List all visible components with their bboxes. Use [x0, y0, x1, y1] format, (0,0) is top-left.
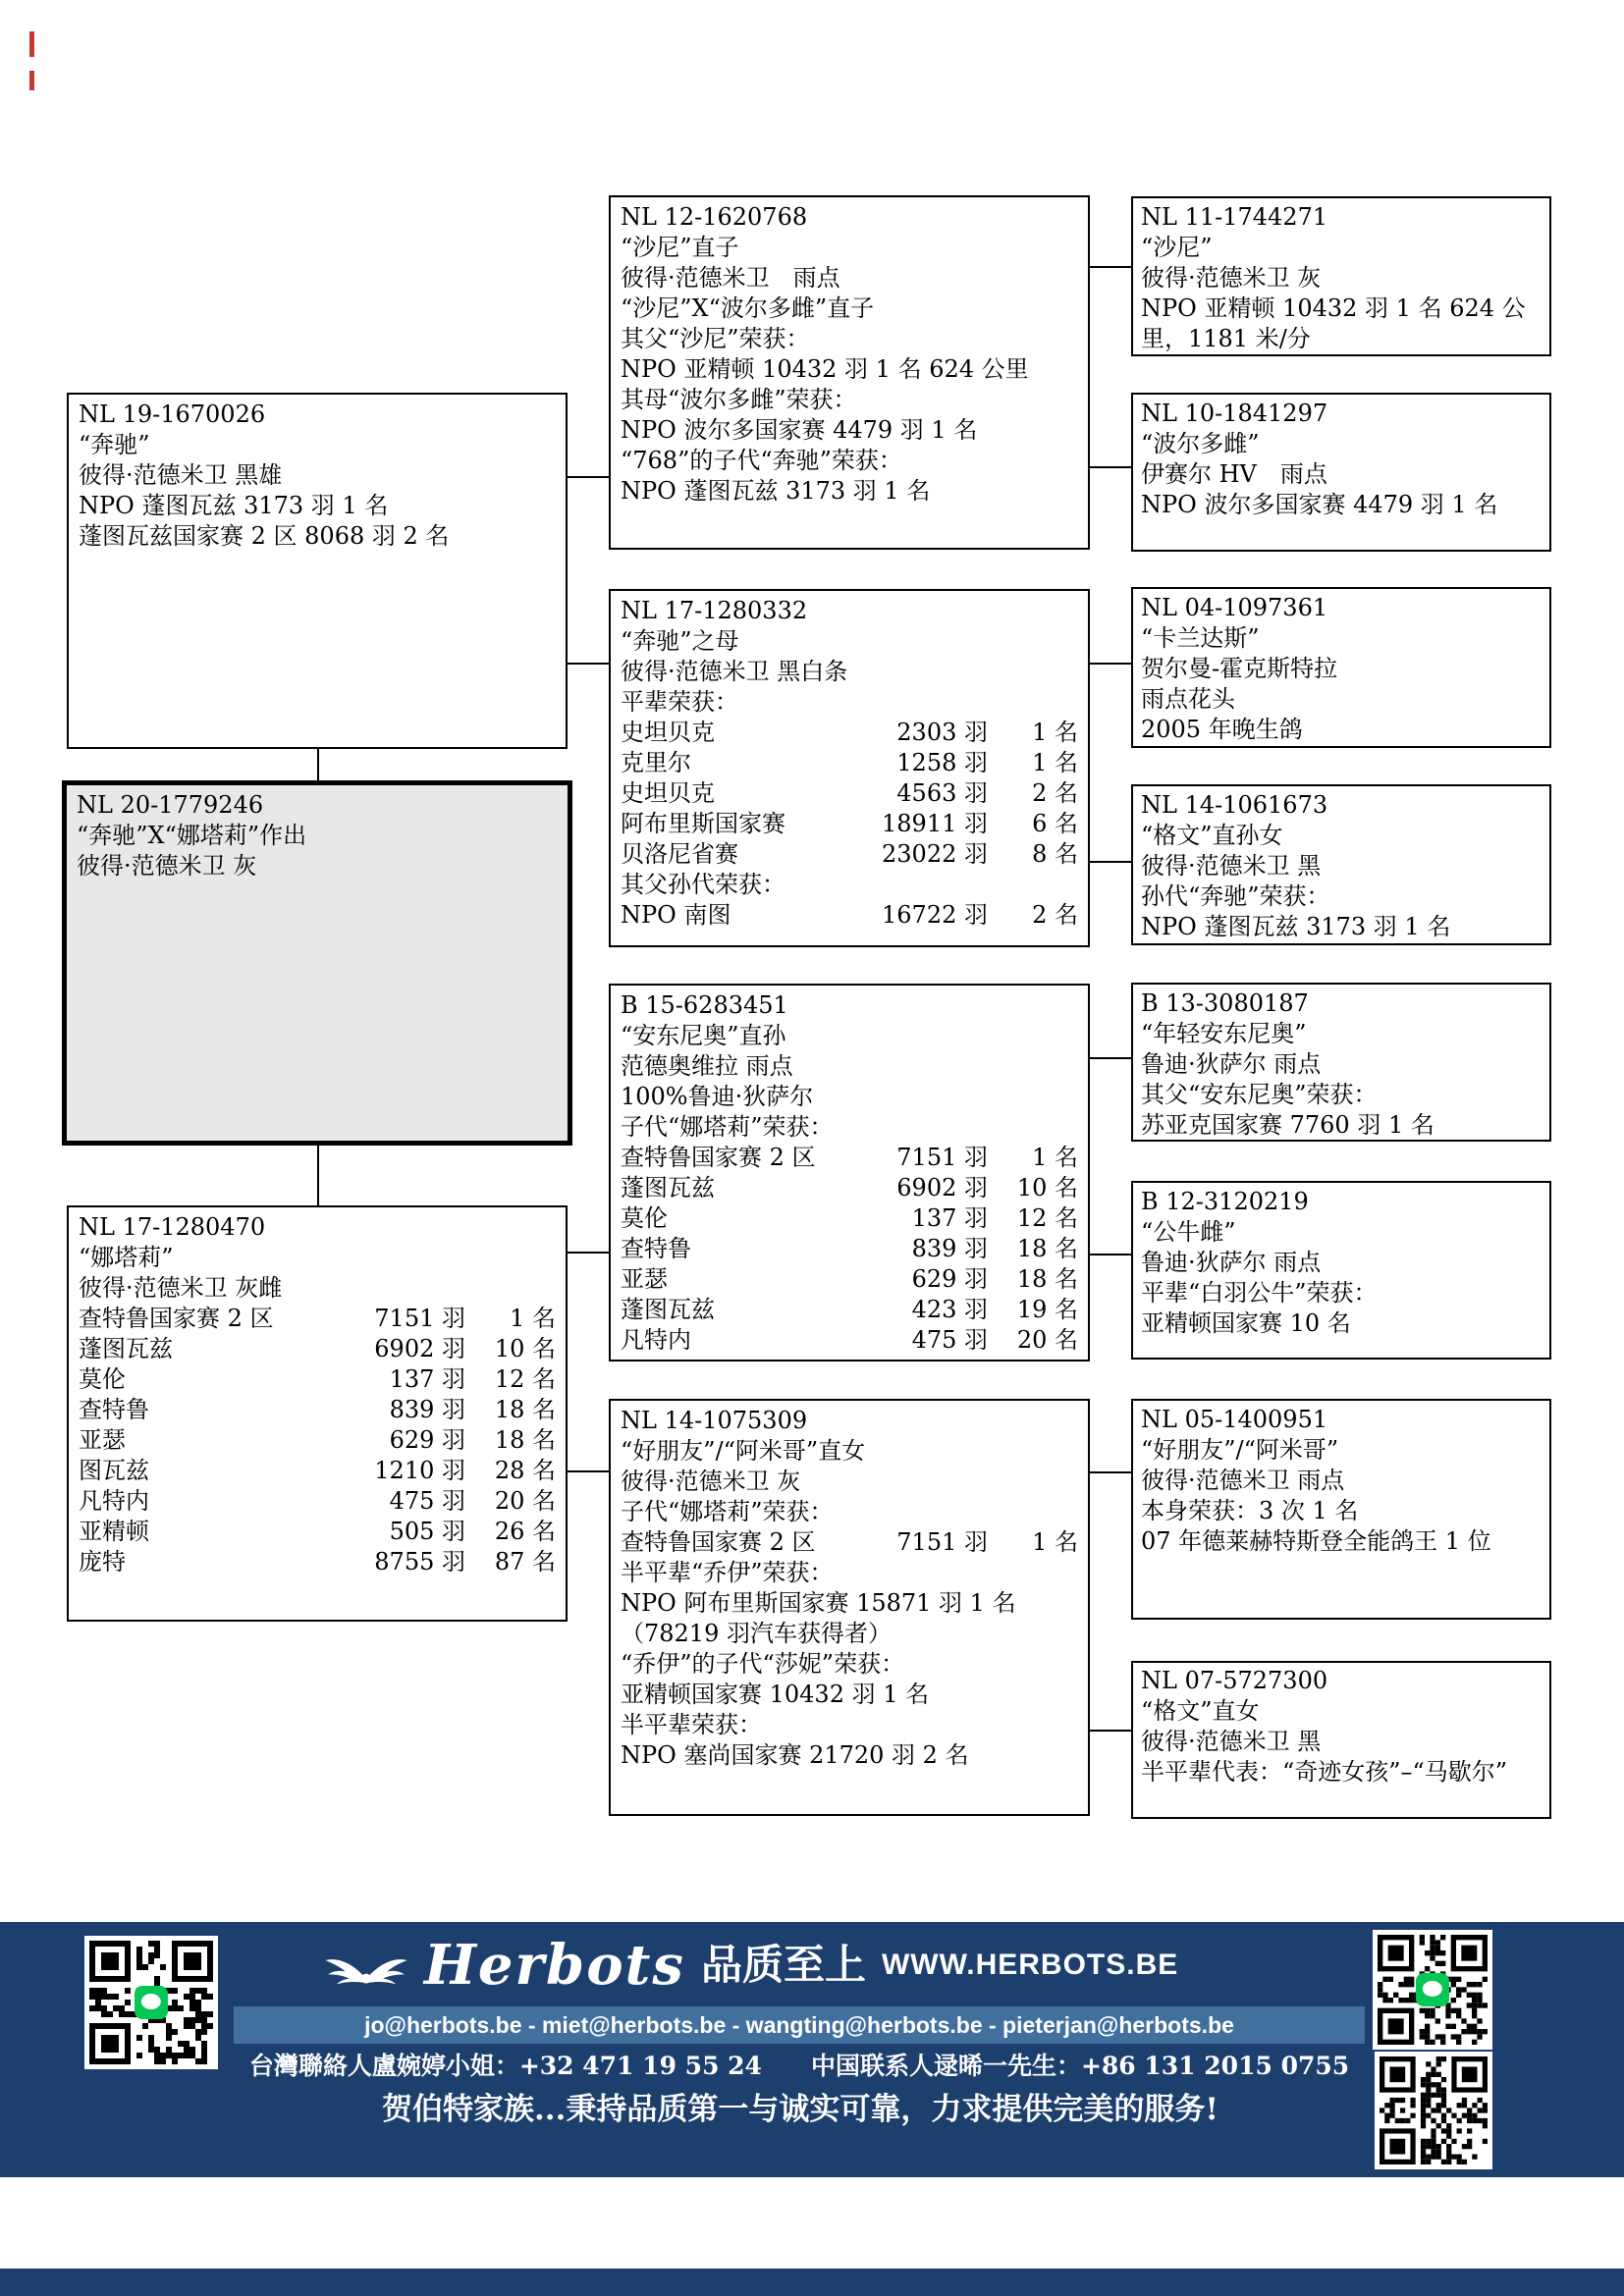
connector-line: [1090, 1471, 1131, 1473]
box-result-row: 蓬图瓦兹423 羽19 名: [621, 1295, 1078, 1325]
race-rank: 1 名: [988, 718, 1078, 748]
box-text-line: 彼得·范德米卫 灰雌: [79, 1273, 556, 1304]
box-result-row: 查特鲁839 羽18 名: [621, 1234, 1078, 1264]
box-text-line: 彼得·范德米卫 灰: [77, 851, 558, 881]
race-name: 蓬图瓦兹: [79, 1334, 310, 1364]
race-bird-count: 1258 羽: [833, 748, 988, 778]
qr-pattern: [1380, 2056, 1488, 2164]
race-bird-count: 18911 羽: [833, 809, 988, 839]
pedigree-box-great-grandparent-3: NL 04-1097361“卡兰达斯”贺尔曼-霍克斯特拉雨点花头2005 年晚生…: [1131, 587, 1551, 748]
box-text-line: NL 04-1097361: [1141, 593, 1542, 623]
race-bird-count: 4563 羽: [833, 778, 988, 809]
box-text-line: “公牛雌”: [1141, 1217, 1542, 1248]
box-text-line: NL 14-1075309: [621, 1406, 1078, 1436]
pedigree-box-great-grandparent-2: NL 10-1841297“波尔多雌”伊赛尔 HV 雨点NPO 波尔多国家赛 4…: [1131, 393, 1551, 552]
race-rank: 19 名: [988, 1295, 1078, 1325]
race-bird-count: 505 羽: [310, 1517, 465, 1547]
race-rank: 1 名: [988, 1527, 1078, 1558]
connector-line: [1090, 266, 1131, 268]
race-rank: 1 名: [988, 748, 1078, 778]
race-name: NPO 南图: [621, 900, 833, 931]
page-bottom-bar: [0, 2269, 1624, 2296]
race-name: 查特鲁: [621, 1234, 833, 1264]
race-rank: 18 名: [988, 1264, 1078, 1295]
box-text-line: 雨点花头: [1141, 684, 1542, 715]
connector-line: [1090, 1730, 1131, 1732]
box-text-line: 子代“娜塔莉”荣获：: [621, 1497, 1078, 1527]
connector-line: [568, 476, 609, 478]
connector-line: [1090, 1254, 1131, 1255]
box-text-line: “好朋友”/“阿米哥”直女: [621, 1436, 1078, 1467]
box-result-row: 阿布里斯国家赛18911 羽6 名: [621, 809, 1078, 839]
box-text-line: NPO 波尔多国家赛 4479 羽 1 名: [621, 415, 1078, 446]
box-text-line: 伊赛尔 HV 雨点: [1141, 459, 1542, 490]
race-bird-count: 475 羽: [833, 1325, 988, 1356]
box-text-line: 2005 年晚生鸽: [1141, 715, 1542, 745]
footer-website-url[interactable]: WWW.HERBOTS.BE: [882, 1949, 1178, 1982]
race-name: 莫伦: [79, 1364, 310, 1395]
race-bird-count: 629 羽: [310, 1425, 465, 1456]
box-result-row: 莫伦137 羽12 名: [621, 1203, 1078, 1234]
race-bird-count: 16722 羽: [833, 900, 988, 931]
box-text-line: NPO 塞尚国家赛 21720 羽 2 名: [621, 1740, 1078, 1771]
race-rank: 18 名: [465, 1395, 556, 1425]
box-text-line: 100%鲁迪·狄萨尔: [621, 1082, 1078, 1112]
race-rank: 20 名: [988, 1325, 1078, 1356]
wechat-icon: [1416, 1973, 1449, 2006]
box-text-line: NPO 亚精顿 10432 羽 1 名 624 公里，1181 米/分: [1141, 294, 1542, 354]
box-text-line: NL 11-1744271: [1141, 202, 1542, 233]
box-text-line: “波尔多雌”: [1141, 429, 1542, 459]
connector-line: [568, 1470, 609, 1472]
box-text-line: NPO 阿布里斯国家赛 15871 羽 1 名: [621, 1588, 1078, 1619]
race-bird-count: 137 羽: [833, 1203, 988, 1234]
box-text-line: “奔驰”: [79, 430, 556, 460]
race-bird-count: 7151 羽: [310, 1304, 465, 1334]
box-result-row: 查特鲁国家赛 2 区7151 羽1 名: [79, 1304, 556, 1334]
box-text-line: 半平辈荣获：: [621, 1710, 1078, 1740]
footer-slogan: 贺伯特家族...秉持品质第一与诚实可靠，力求提供完美的服务!: [221, 2089, 1380, 2130]
box-text-line: 平辈“白羽公牛”荣获：: [1141, 1278, 1542, 1308]
connector-line: [568, 1252, 609, 1254]
box-result-row: 莫伦137 羽12 名: [79, 1364, 556, 1395]
race-name: 凡特内: [621, 1325, 833, 1356]
race-rank: 10 名: [465, 1334, 556, 1364]
race-rank: 18 名: [465, 1425, 556, 1456]
box-result-row: 查特鲁国家赛 2 区7151 羽1 名: [621, 1143, 1078, 1173]
box-text-line: 本身荣获：3 次 1 名: [1141, 1496, 1542, 1526]
box-text-line: 半平辈“乔伊”荣获：: [621, 1558, 1078, 1588]
box-text-line: NPO 亚精顿 10432 羽 1 名 624 公里: [621, 354, 1078, 385]
race-bird-count: 839 羽: [833, 1234, 988, 1264]
box-text-line: NL 07-5727300: [1141, 1666, 1542, 1696]
box-text-line: 彼得·范德米卫 黑: [1141, 1727, 1542, 1757]
race-name: 查特鲁国家赛 2 区: [621, 1527, 833, 1558]
race-name: 亚瑟: [621, 1264, 833, 1295]
pedigree-box-granddam-paternal: NL 17-1280332“奔驰”之母彼得·范德米卫 黑白条平辈荣获：史坦贝克2…: [609, 589, 1090, 947]
pedigree-box-granddam-maternal: NL 14-1075309“好朋友”/“阿米哥”直女彼得·范德米卫 灰子代“娜塔…: [609, 1399, 1090, 1816]
box-text-line: “奔驰”X“娜塔莉”作出: [77, 821, 558, 851]
race-rank: 20 名: [465, 1486, 556, 1517]
print-registration-mark: [29, 31, 34, 57]
pedigree-box-grandsire-maternal: B 15-6283451“安东尼奥”直孙范德奥维拉 雨点100%鲁迪·狄萨尔子代…: [609, 984, 1090, 1362]
race-name: 查特鲁: [79, 1395, 310, 1425]
connector-line: [1090, 466, 1131, 468]
qr-code-right-bottom: [1375, 2052, 1492, 2169]
race-rank: 1 名: [465, 1304, 556, 1334]
box-text-line: 范德奥维拉 雨点: [621, 1051, 1078, 1082]
box-text-line: “娜塔莉”: [79, 1243, 556, 1273]
race-name: 亚精顿: [79, 1517, 310, 1547]
box-result-row: 史坦贝克2303 羽1 名: [621, 718, 1078, 748]
race-bird-count: 423 羽: [833, 1295, 988, 1325]
race-name: 莫伦: [621, 1203, 833, 1234]
box-result-row: 亚瑟629 羽18 名: [79, 1425, 556, 1456]
footer-email-addresses[interactable]: jo@herbots.be - miet@herbots.be - wangti…: [234, 2006, 1365, 2044]
box-result-row: NPO 南图16722 羽2 名: [621, 900, 1078, 931]
connector-line: [568, 663, 609, 665]
race-bird-count: 839 羽: [310, 1395, 465, 1425]
box-text-line: 07 年德莱赫特斯登全能鸽王 1 位: [1141, 1526, 1542, 1557]
race-name: 史坦贝克: [621, 718, 833, 748]
box-text-line: NPO 蓬图瓦兹 3173 羽 1 名: [79, 491, 556, 521]
box-result-row: 史坦贝克4563 羽2 名: [621, 778, 1078, 809]
box-text-line: 彼得·范德米卫 黑白条: [621, 657, 1078, 687]
race-rank: 12 名: [988, 1203, 1078, 1234]
race-name: 阿布里斯国家赛: [621, 809, 833, 839]
box-text-line: NL 19-1670026: [79, 400, 556, 430]
box-text-line: “好朋友”/“阿米哥”: [1141, 1435, 1542, 1466]
box-result-row: 亚精顿505 羽26 名: [79, 1517, 556, 1547]
race-bird-count: 7151 羽: [833, 1527, 988, 1558]
pedigree-box-great-grandparent-4: NL 14-1061673“格文”直孙女彼得·范德米卫 黑孙代“奔驰”荣获：NP…: [1131, 784, 1551, 945]
box-text-line: 其父“安东尼奥”荣获：: [1141, 1080, 1542, 1110]
box-text-line: B 15-6283451: [621, 990, 1078, 1021]
box-text-line: 其母“波尔多雌”荣获：: [621, 385, 1078, 415]
box-text-line: 半平辈代表：“奇迹女孩”–“马歇尔”: [1141, 1757, 1542, 1788]
box-text-line: “格文”直孙女: [1141, 821, 1542, 851]
race-bird-count: 629 羽: [833, 1264, 988, 1295]
box-text-line: NL 12-1620768: [621, 202, 1078, 233]
box-text-line: NL 17-1280470: [79, 1212, 556, 1243]
race-name: 亚瑟: [79, 1425, 310, 1456]
box-text-line: 彼得·范德米卫 黑: [1141, 851, 1542, 881]
box-text-line: 孙代“奔驰”荣获：: [1141, 881, 1542, 912]
connector-line: [1090, 663, 1131, 665]
box-result-row: 克里尔1258 羽1 名: [621, 748, 1078, 778]
race-name: 贝洛尼省赛: [621, 839, 833, 870]
box-text-line: B 12-3120219: [1141, 1187, 1542, 1217]
footer-contact-phones: 台灣聯絡人盧婉婷小姐：+32 471 19 55 24 中国联系人逯晞一先生：+…: [234, 2050, 1365, 2083]
box-text-line: 彼得·范德米卫 雨点: [1141, 1466, 1542, 1496]
race-bird-count: 23022 羽: [833, 839, 988, 870]
race-name: 图瓦兹: [79, 1456, 310, 1486]
box-result-row: 蓬图瓦兹6902 羽10 名: [621, 1173, 1078, 1203]
race-rank: 2 名: [988, 900, 1078, 931]
box-text-line: “年轻安东尼奥”: [1141, 1019, 1542, 1049]
box-text-line: “沙尼”X“波尔多雌”直子: [621, 294, 1078, 324]
box-text-line: “安东尼奥”直孙: [621, 1021, 1078, 1051]
pedigree-box-great-grandparent-7: NL 05-1400951“好朋友”/“阿米哥”彼得·范德米卫 雨点本身荣获：3…: [1131, 1399, 1551, 1620]
pedigree-page: NL 19-1670026“奔驰”彼得·范德米卫 黑雄NPO 蓬图瓦兹 3173…: [0, 0, 1624, 2296]
race-name: 史坦贝克: [621, 778, 833, 809]
box-text-line: 其父“沙尼”荣获：: [621, 324, 1078, 354]
pedigree-box-sire: NL 19-1670026“奔驰”彼得·范德米卫 黑雄NPO 蓬图瓦兹 3173…: [67, 393, 568, 749]
box-text-line: NL 14-1061673: [1141, 790, 1542, 821]
race-bird-count: 2303 羽: [833, 718, 988, 748]
box-text-line: 苏亚克国家赛 7760 羽 1 名: [1141, 1110, 1542, 1141]
connector-line: [317, 1146, 319, 1205]
box-text-line: “奔驰”之母: [621, 626, 1078, 657]
race-rank: 12 名: [465, 1364, 556, 1395]
race-name: 查特鲁国家赛 2 区: [621, 1143, 833, 1173]
box-result-row: 庞特8755 羽87 名: [79, 1547, 556, 1577]
box-text-line: “沙尼”直子: [621, 233, 1078, 263]
pedigree-box-great-grandparent-8: NL 07-5727300“格文”直女彼得·范德米卫 黑半平辈代表：“奇迹女孩”…: [1131, 1661, 1551, 1819]
box-text-line: 彼得·范德米卫 灰: [621, 1467, 1078, 1497]
qr-code-left: [84, 1936, 218, 2069]
race-rank: 10 名: [988, 1173, 1078, 1203]
box-result-row: 蓬图瓦兹6902 羽10 名: [79, 1334, 556, 1364]
connector-line: [1090, 861, 1131, 863]
box-text-line: 彼得·范德米卫 灰: [1141, 263, 1542, 294]
box-text-line: NPO 蓬图瓦兹 3173 羽 1 名: [621, 476, 1078, 507]
connector-line: [1090, 1057, 1131, 1059]
box-result-row: 亚瑟629 羽18 名: [621, 1264, 1078, 1295]
race-name: 查特鲁国家赛 2 区: [79, 1304, 310, 1334]
box-result-row: 图瓦兹1210 羽28 名: [79, 1456, 556, 1486]
race-name: 克里尔: [621, 748, 833, 778]
box-text-line: 亚精顿国家赛 10 名: [1141, 1308, 1542, 1339]
box-text-line: B 13-3080187: [1141, 988, 1542, 1019]
qr-code-right-top: [1373, 1930, 1492, 2050]
race-bird-count: 475 羽: [310, 1486, 465, 1517]
box-text-line: NL 17-1280332: [621, 596, 1078, 626]
box-text-line: 蓬图瓦兹国家赛 2 区 8068 羽 2 名: [79, 521, 556, 552]
pedigree-box-subject: NL 20-1779246“奔驰”X“娜塔莉”作出彼得·范德米卫 灰: [62, 780, 572, 1146]
connector-line: [317, 749, 319, 780]
race-name: 庞特: [79, 1547, 310, 1577]
race-rank: 28 名: [465, 1456, 556, 1486]
footer-banner: Herbots 品质至上 WWW.HERBOTS.BE jo@herbots.b…: [0, 1922, 1624, 2177]
race-name: 蓬图瓦兹: [621, 1173, 833, 1203]
pedigree-box-great-grandparent-1: NL 11-1744271“沙尼”彼得·范德米卫 灰NPO 亚精顿 10432 …: [1131, 196, 1551, 356]
box-text-line: （78219 羽汽车获得者）: [621, 1619, 1078, 1649]
box-result-row: 贝洛尼省赛23022 羽8 名: [621, 839, 1078, 870]
pedigree-box-dam: NL 17-1280470“娜塔莉”彼得·范德米卫 灰雌查特鲁国家赛 2 区71…: [67, 1205, 568, 1622]
box-text-line: NL 10-1841297: [1141, 399, 1542, 429]
footer-tagline: 品质至上: [701, 1941, 866, 1990]
box-text-line: “768”的子代“奔驰”荣获：: [621, 446, 1078, 476]
box-text-line: NPO 波尔多国家赛 4479 羽 1 名: [1141, 490, 1542, 520]
box-text-line: “格文”直女: [1141, 1696, 1542, 1727]
box-text-line: 亚精顿国家赛 10432 羽 1 名: [621, 1680, 1078, 1710]
box-result-row: 查特鲁839 羽18 名: [79, 1395, 556, 1425]
race-rank: 2 名: [988, 778, 1078, 809]
herbots-wings-icon: [324, 1940, 408, 1991]
race-rank: 87 名: [465, 1547, 556, 1577]
box-text-line: 贺尔曼-霍克斯特拉: [1141, 654, 1542, 684]
race-name: 蓬图瓦兹: [621, 1295, 833, 1325]
race-rank: 18 名: [988, 1234, 1078, 1264]
box-text-line: “卡兰达斯”: [1141, 623, 1542, 654]
race-bird-count: 8755 羽: [310, 1547, 465, 1577]
race-bird-count: 6902 羽: [833, 1173, 988, 1203]
race-bird-count: 137 羽: [310, 1364, 465, 1395]
race-rank: 8 名: [988, 839, 1078, 870]
box-text-line: 平辈荣获：: [621, 687, 1078, 718]
box-text-line: 其父孙代荣获：: [621, 870, 1078, 900]
box-text-line: NL 20-1779246: [77, 790, 558, 821]
herbots-logo-text: Herbots: [424, 1938, 685, 1993]
box-text-line: 彼得·范德米卫 雨点: [621, 263, 1078, 294]
box-text-line: 鲁迪·狄萨尔 雨点: [1141, 1248, 1542, 1278]
box-text-line: 彼得·范德米卫 黑雄: [79, 460, 556, 491]
box-text-line: 鲁迪·狄萨尔 雨点: [1141, 1049, 1542, 1080]
race-name: 凡特内: [79, 1486, 310, 1517]
pedigree-box-great-grandparent-5: B 13-3080187“年轻安东尼奥”鲁迪·狄萨尔 雨点其父“安东尼奥”荣获：…: [1131, 983, 1551, 1142]
footer-logo-row: Herbots 品质至上 WWW.HERBOTS.BE: [324, 1930, 1178, 2001]
box-result-row: 凡特内475 羽20 名: [79, 1486, 556, 1517]
box-text-line: NPO 蓬图瓦兹 3173 羽 1 名: [1141, 912, 1542, 942]
box-text-line: “沙尼”: [1141, 233, 1542, 263]
pedigree-box-great-grandparent-6: B 12-3120219“公牛雌”鲁迪·狄萨尔 雨点平辈“白羽公牛”荣获：亚精顿…: [1131, 1181, 1551, 1360]
line-app-icon: [135, 1986, 168, 2019]
box-result-row: 凡特内475 羽20 名: [621, 1325, 1078, 1356]
box-text-line: NL 05-1400951: [1141, 1405, 1542, 1435]
race-rank: 26 名: [465, 1517, 556, 1547]
race-rank: 1 名: [988, 1143, 1078, 1173]
print-registration-mark: [29, 71, 34, 90]
race-bird-count: 1210 羽: [310, 1456, 465, 1486]
pedigree-box-grandsire-paternal: NL 12-1620768“沙尼”直子彼得·范德米卫 雨点“沙尼”X“波尔多雌”…: [609, 195, 1090, 550]
box-text-line: “乔伊”的子代“莎妮”荣获：: [621, 1649, 1078, 1680]
box-result-row: 查特鲁国家赛 2 区7151 羽1 名: [621, 1527, 1078, 1558]
race-rank: 6 名: [988, 809, 1078, 839]
race-bird-count: 7151 羽: [833, 1143, 988, 1173]
box-text-line: 子代“娜塔莉”荣获：: [621, 1112, 1078, 1143]
race-bird-count: 6902 羽: [310, 1334, 465, 1364]
